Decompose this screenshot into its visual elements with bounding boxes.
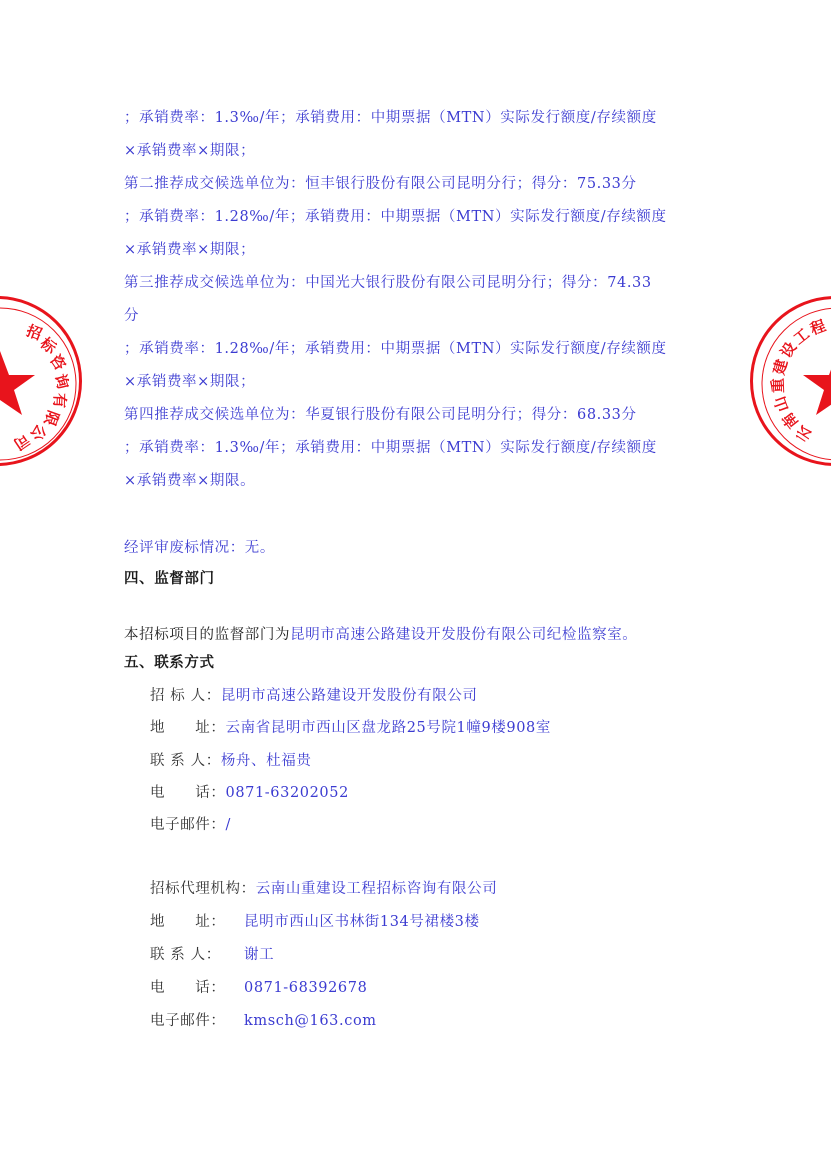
tenderer-contact: 杨舟、杜福贵 bbox=[221, 753, 312, 769]
candidate-line: ×承销费率×期限； bbox=[124, 238, 255, 259]
svg-text:山: 山 bbox=[770, 394, 792, 414]
candidate-line: ×承销费率×期限； bbox=[124, 370, 255, 391]
section4-prefix: 本招标项目的监督部门为 bbox=[124, 627, 290, 643]
candidate-line: ×承销费率×期限； bbox=[124, 139, 255, 160]
field-label: 地 址： bbox=[150, 910, 244, 931]
svg-text:限: 限 bbox=[40, 408, 62, 428]
candidate-line: ；承销费率：1.28‰/年；承销费用：中期票据（MTN）实际发行额度/存续额度 bbox=[124, 337, 667, 358]
tenderer-email: / bbox=[226, 817, 232, 833]
seal-text-right: 云 南 山 重 建 设 工 程 bbox=[753, 299, 831, 469]
tenderer-phone: 0871-63202052 bbox=[226, 785, 349, 801]
field-label: 电子邮件： bbox=[150, 813, 226, 834]
candidate-line: ；承销费率：1.3‰/年；承销费用：中期票据（MTN）实际发行额度/存续额度 bbox=[124, 436, 657, 457]
field-label: 联 系 人： bbox=[150, 749, 221, 770]
section5-heading: 五、联系方式 bbox=[124, 651, 215, 672]
candidate-line: 第三推荐成交候选单位为：中国光大银行股份有限公司昆明分行；得分：74.33 bbox=[124, 271, 652, 292]
section4-heading: 四、监督部门 bbox=[124, 567, 215, 588]
candidate-line: ×承销费率×期限。 bbox=[124, 469, 255, 490]
svg-text:招: 招 bbox=[23, 321, 44, 343]
company-seal-right: 云 南 山 重 建 设 工 程 bbox=[750, 296, 831, 466]
agency-contact: 谢工 bbox=[244, 947, 274, 963]
field-label: 地 址： bbox=[150, 716, 226, 737]
review-rejection-text: 经评审废标情况：无。 bbox=[124, 536, 275, 557]
agency-name-row: 招标代理机构：云南山重建设工程招标咨询有限公司 bbox=[150, 877, 497, 898]
tenderer-address-row: 地 址：云南省昆明市西山区盘龙路25号院1幢9楼908室 bbox=[150, 716, 551, 737]
agency-email: kmsch@163.com bbox=[244, 1013, 377, 1029]
candidate-line: 分 bbox=[124, 304, 139, 325]
field-label: 招 标 人： bbox=[150, 684, 221, 705]
agency-phone: 0871-68392678 bbox=[244, 980, 367, 996]
candidate-line: ；承销费率：1.28‰/年；承销费用：中期票据（MTN）实际发行额度/存续额度 bbox=[124, 205, 667, 226]
tenderer-email-row: 电子邮件：/ bbox=[150, 813, 231, 834]
tenderer-name-row: 招 标 人：昆明市高速公路建设开发股份有限公司 bbox=[150, 684, 478, 705]
agency-phone-row: 电 话：0871-68392678 bbox=[150, 976, 367, 997]
agency-contact-row: 联 系 人：谢工 bbox=[150, 943, 274, 964]
svg-text:询: 询 bbox=[51, 372, 72, 391]
field-label: 联 系 人： bbox=[150, 943, 244, 964]
section4-text: 本招标项目的监督部门为昆明市高速公路建设开发股份有限公司纪检监察室。 bbox=[124, 623, 637, 644]
agency-name: 云南山重建设工程招标咨询有限公司 bbox=[256, 881, 498, 897]
agency-address-row: 地 址：昆明市西山区书林街134号裙楼3楼 bbox=[150, 910, 480, 931]
field-label: 电 话： bbox=[150, 976, 244, 997]
field-label: 电子邮件： bbox=[150, 1009, 244, 1030]
candidate-line: ；承销费率：1.3‰/年；承销费用：中期票据（MTN）实际发行额度/存续额度 bbox=[124, 106, 657, 127]
svg-text:重: 重 bbox=[769, 378, 788, 394]
candidate-line: 第二推荐成交候选单位为：恒丰银行股份有限公司昆明分行；得分：75.33分 bbox=[124, 172, 637, 193]
company-seal-left: 招 标 咨 询 有 限 公 司 bbox=[0, 296, 82, 466]
supervision-department: 昆明市高速公路建设开发股份有限公司纪检监察室。 bbox=[290, 627, 637, 643]
tenderer-name: 昆明市高速公路建设开发股份有限公司 bbox=[221, 688, 478, 704]
tenderer-address: 云南省昆明市西山区盘龙路25号院1幢9楼908室 bbox=[226, 720, 551, 736]
tenderer-phone-row: 电 话：0871-63202052 bbox=[150, 781, 349, 802]
svg-text:程: 程 bbox=[808, 316, 828, 338]
agency-email-row: 电子邮件：kmsch@163.com bbox=[150, 1009, 377, 1030]
field-label: 电 话： bbox=[150, 781, 226, 802]
field-label: 招标代理机构： bbox=[150, 877, 256, 898]
svg-text:有: 有 bbox=[50, 393, 69, 409]
seal-text-left: 招 标 咨 询 有 限 公 司 bbox=[0, 299, 85, 469]
agency-address: 昆明市西山区书林街134号裙楼3楼 bbox=[244, 914, 480, 930]
tenderer-contact-row: 联 系 人：杨舟、杜福贵 bbox=[150, 749, 311, 770]
candidate-line: 第四推荐成交候选单位为：华夏银行股份有限公司昆明分行；得分：68.33分 bbox=[124, 403, 637, 424]
svg-text:建: 建 bbox=[770, 357, 791, 376]
